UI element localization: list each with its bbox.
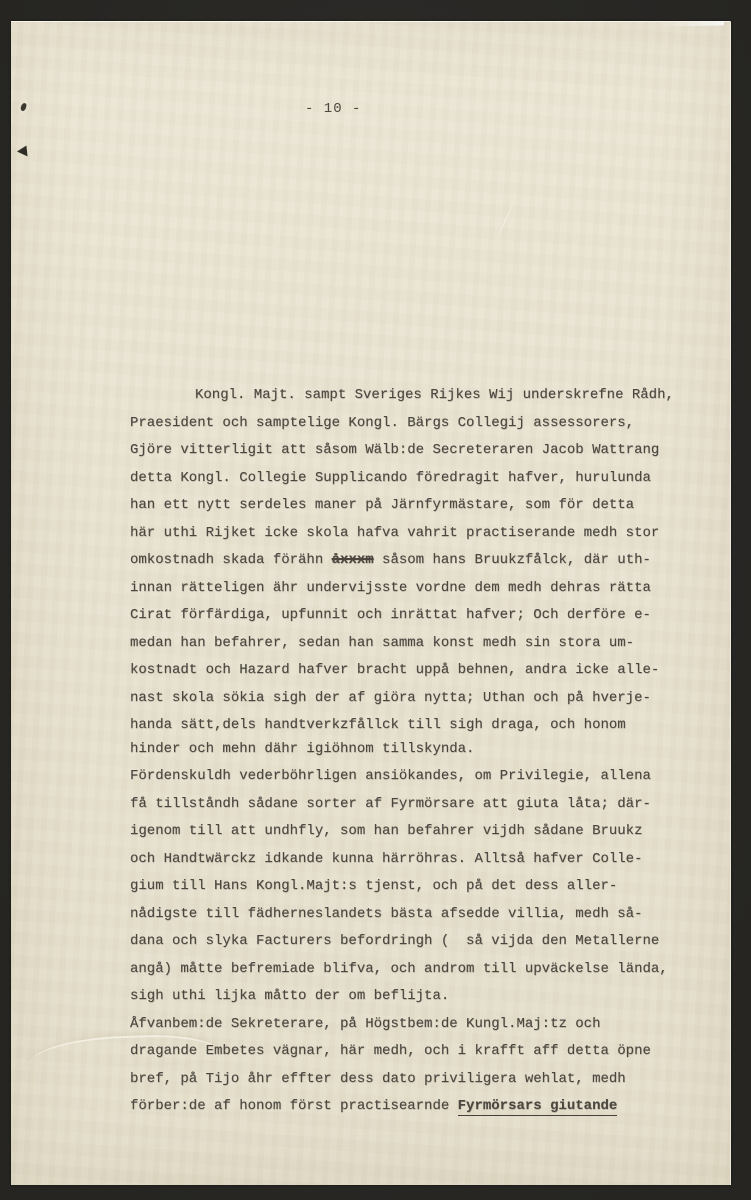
paper-scratch <box>494 196 516 244</box>
text-segment: nådigste till fädherneslandets bästa afs… <box>130 906 642 922</box>
text-segment: medan han befahrer, sedan han samma kons… <box>130 635 634 651</box>
text-line: Praesident och samptelige Kongl. Bärgs C… <box>130 410 702 438</box>
text-line: igenom till att undhfly, som han befahre… <box>130 818 702 846</box>
text-line: Åfvanbem:de Sekreterare, på Högstbem:de … <box>130 1011 702 1039</box>
text-segment: sigh uthi lijka måtto der om beflijta. <box>130 988 449 1004</box>
text-segment: förber:de af honom först practisearnde <box>130 1098 458 1114</box>
text-line: nådigste till fädherneslandets bästa afs… <box>130 901 702 929</box>
paper-blemish-dot <box>20 102 27 111</box>
text-segment: såsom hans Bruukzfålck, där uth- <box>374 552 651 568</box>
text-line: omkostnadh skada förähn åxxxm såsom hans… <box>130 547 702 575</box>
text-segment: handa sätt,dels handtverkzfållck till si… <box>130 717 626 733</box>
text-line: gium till Hans Kongl.Majt:s tjenst, och … <box>130 873 702 901</box>
text-segment: Kongl. Majt. sampt Sveriges Rijkes Wij u… <box>195 387 674 403</box>
text-line: hinder och mehn dähr igiöhnom tillskynda… <box>130 736 702 764</box>
scanned-document-page: { "page": { "page_number": "- 10 -", "ba… <box>0 0 751 1200</box>
text-line: angå) måtte befremiade blifva, och andro… <box>130 956 702 984</box>
text-line: medan han befahrer, sedan han samma kons… <box>130 630 702 658</box>
paper-tear-notch <box>16 146 27 158</box>
text-segment: nast skola sökia sigh der af giöra nytta… <box>130 690 651 706</box>
text-segment: dragande Embetes vägnar, här medh, och i… <box>130 1043 651 1059</box>
text-line: och Handtwärckz idkande kunna härröhras.… <box>130 846 702 874</box>
text-segment: dana och slyka Facturers befordringh ( s… <box>130 933 659 949</box>
page-number: - 10 - <box>305 101 361 117</box>
text-line: Cirat förfärdiga, upfunnit och inrättat … <box>130 602 702 630</box>
text-segment: han ett nytt serdeles maner på Järnfyrmä… <box>130 497 634 513</box>
text-segment: omkostnadh skada förähn <box>130 552 332 568</box>
text-segment: igenom till att undhfly, som han befahre… <box>130 823 642 839</box>
text-line: dana och slyka Facturers befordringh ( s… <box>130 928 702 956</box>
text-segment: Gjöre vitterligit att såsom Wälb:de Secr… <box>130 442 659 458</box>
text-line: nast skola sökia sigh der af giöra nytta… <box>130 685 702 713</box>
text-segment: angå) måtte befremiade blifva, och andro… <box>130 961 668 977</box>
text-line: detta Kongl. Collegie Supplicando föredr… <box>130 465 702 493</box>
text-line: dragande Embetes vägnar, här medh, och i… <box>130 1038 702 1066</box>
text-line: kostnadt och Hazard hafver bracht uppå b… <box>130 657 702 685</box>
text-line: Fördenskuldh vederböhrligen ansiökandes,… <box>130 763 702 791</box>
text-segment: bref, på Tijo åhr effter dess dato privi… <box>130 1071 626 1087</box>
text-segment: Fördenskuldh vederböhrligen ansiökandes,… <box>130 768 651 784</box>
text-line: förber:de af honom först practisearnde F… <box>130 1093 702 1121</box>
text-segment: här uthi Rijket icke skola hafva vahrit … <box>130 525 659 541</box>
text-segment: innan rätteligen ähr undervijsste vordne… <box>130 580 651 596</box>
text-segment: kostnadt och Hazard hafver bracht uppå b… <box>130 662 659 678</box>
text-line: här uthi Rijket icke skola hafva vahrit … <box>130 520 702 548</box>
text-lines: Kongl. Majt. sampt Sveriges Rijkes Wij u… <box>130 382 702 1121</box>
underlined-text-segment: Fyrmörsars giutande <box>458 1098 618 1116</box>
struck-out-text-segment: åxxxm <box>332 552 374 568</box>
typewritten-text-block: Kongl. Majt. sampt Sveriges Rijkes Wij u… <box>130 382 702 1121</box>
text-line: få tillståndh sådane sorter af Fyrmörsar… <box>130 791 702 819</box>
text-segment: Cirat förfärdiga, upfunnit och inrättat … <box>130 607 651 623</box>
text-line: Gjöre vitterligit att såsom Wälb:de Secr… <box>130 437 702 465</box>
text-line: han ett nytt serdeles maner på Järnfyrmä… <box>130 492 702 520</box>
text-segment: Åfvanbem:de Sekreterare, på Högstbem:de … <box>130 1016 600 1032</box>
text-line: sigh uthi lijka måtto der om beflijta. <box>130 983 702 1011</box>
paper-edge-highlight <box>654 21 724 26</box>
text-segment: Praesident och samptelige Kongl. Bärgs C… <box>130 415 634 431</box>
text-line: bref, på Tijo åhr effter dess dato privi… <box>130 1066 702 1094</box>
text-line: innan rätteligen ähr undervijsste vordne… <box>130 575 702 603</box>
text-segment: hinder och mehn dähr igiöhnom tillskynda… <box>130 741 474 757</box>
text-segment: och Handtwärckz idkande kunna härröhras.… <box>130 851 642 867</box>
text-line: Kongl. Majt. sampt Sveriges Rijkes Wij u… <box>130 382 702 410</box>
text-segment: få tillståndh sådane sorter af Fyrmörsar… <box>130 796 651 812</box>
paper-sheet: - 10 - Kongl. Majt. sampt Sveriges Rijke… <box>11 21 731 1185</box>
text-segment: detta Kongl. Collegie Supplicando föredr… <box>130 470 651 486</box>
text-segment: gium till Hans Kongl.Majt:s tjenst, och … <box>130 878 617 894</box>
